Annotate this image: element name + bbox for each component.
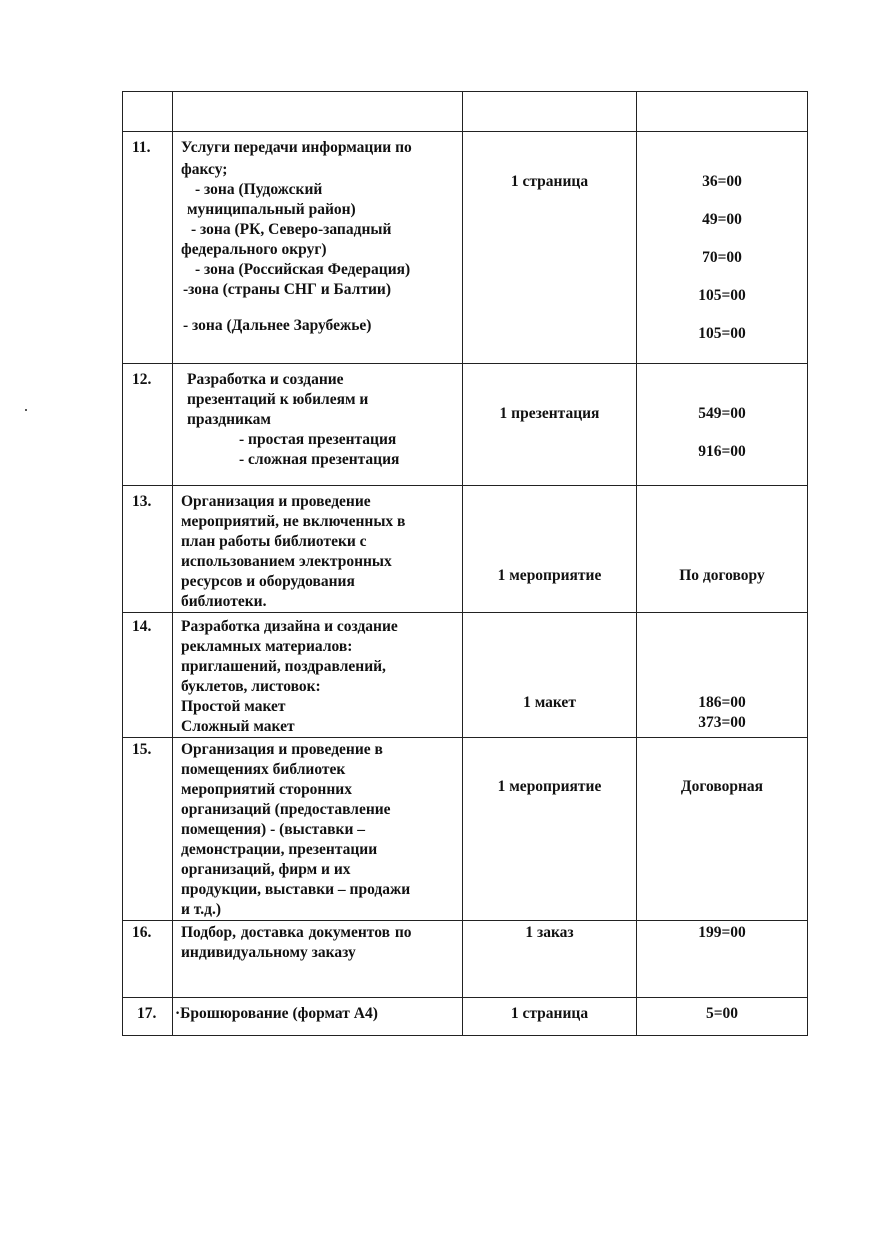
table-row: 15. Организация и проведение в помещения…: [123, 738, 808, 921]
cell-name: [173, 92, 463, 132]
service-name: Услуги передачи информации по факсу; - з…: [173, 132, 463, 364]
unit-of-service: 1 заказ: [463, 921, 637, 998]
row-number: 17.: [123, 998, 173, 1036]
cell-unit: [463, 92, 637, 132]
unit-of-service: 1 презентация: [463, 364, 637, 486]
cell-price: [637, 92, 808, 132]
unit-of-service: 1 страница: [463, 132, 637, 364]
table-row-empty: [123, 92, 808, 132]
row-number: 12.: [123, 364, 173, 486]
service-name: ·Брошюрование (формат А4): [173, 998, 463, 1036]
unit-of-service: 1 страница: [463, 998, 637, 1036]
service-name: Подбор, доставка документов по индивидуа…: [173, 921, 463, 998]
service-name: Организация и проведение в помещениях би…: [173, 738, 463, 921]
table-row: 13. Организация и проведение мероприятий…: [123, 486, 808, 613]
table-row: 17. ·Брошюрование (формат А4) 1 страница…: [123, 998, 808, 1036]
price-list: 5=00: [637, 998, 808, 1036]
price-list: По договору: [637, 486, 808, 613]
unit-of-service: 1 мероприятие: [463, 486, 637, 613]
table-row: 16. Подбор, доставка документов по индив…: [123, 921, 808, 998]
unit-of-service: 1 макет: [463, 613, 637, 738]
price-list: 199=00: [637, 921, 808, 998]
services-price-table: 11. Услуги передачи информации по факсу;…: [122, 91, 808, 1036]
row-number: 13.: [123, 486, 173, 613]
row-number: 16.: [123, 921, 173, 998]
service-name: Разработка дизайна и создание рекламных …: [173, 613, 463, 738]
unit-of-service: 1 мероприятие: [463, 738, 637, 921]
row-number: 15.: [123, 738, 173, 921]
service-name: Разработка и создание презентаций к юбил…: [173, 364, 463, 486]
table-row: 12. Разработка и создание презентаций к …: [123, 364, 808, 486]
cell-num: [123, 92, 173, 132]
table-row: 11. Услуги передачи информации по факсу;…: [123, 132, 808, 364]
price-list: 549=00 916=00: [637, 364, 808, 486]
price-list: 36=00 49=00 70=00 105=00 105=00: [637, 132, 808, 364]
scan-artifact-dot: [25, 409, 27, 411]
price-list: 186=00 373=00: [637, 613, 808, 738]
row-number: 11.: [123, 132, 173, 364]
price-list: Договорная: [637, 738, 808, 921]
row-number: 14.: [123, 613, 173, 738]
service-name: Организация и проведение мероприятий, не…: [173, 486, 463, 613]
table-row: 14. Разработка дизайна и создание реклам…: [123, 613, 808, 738]
